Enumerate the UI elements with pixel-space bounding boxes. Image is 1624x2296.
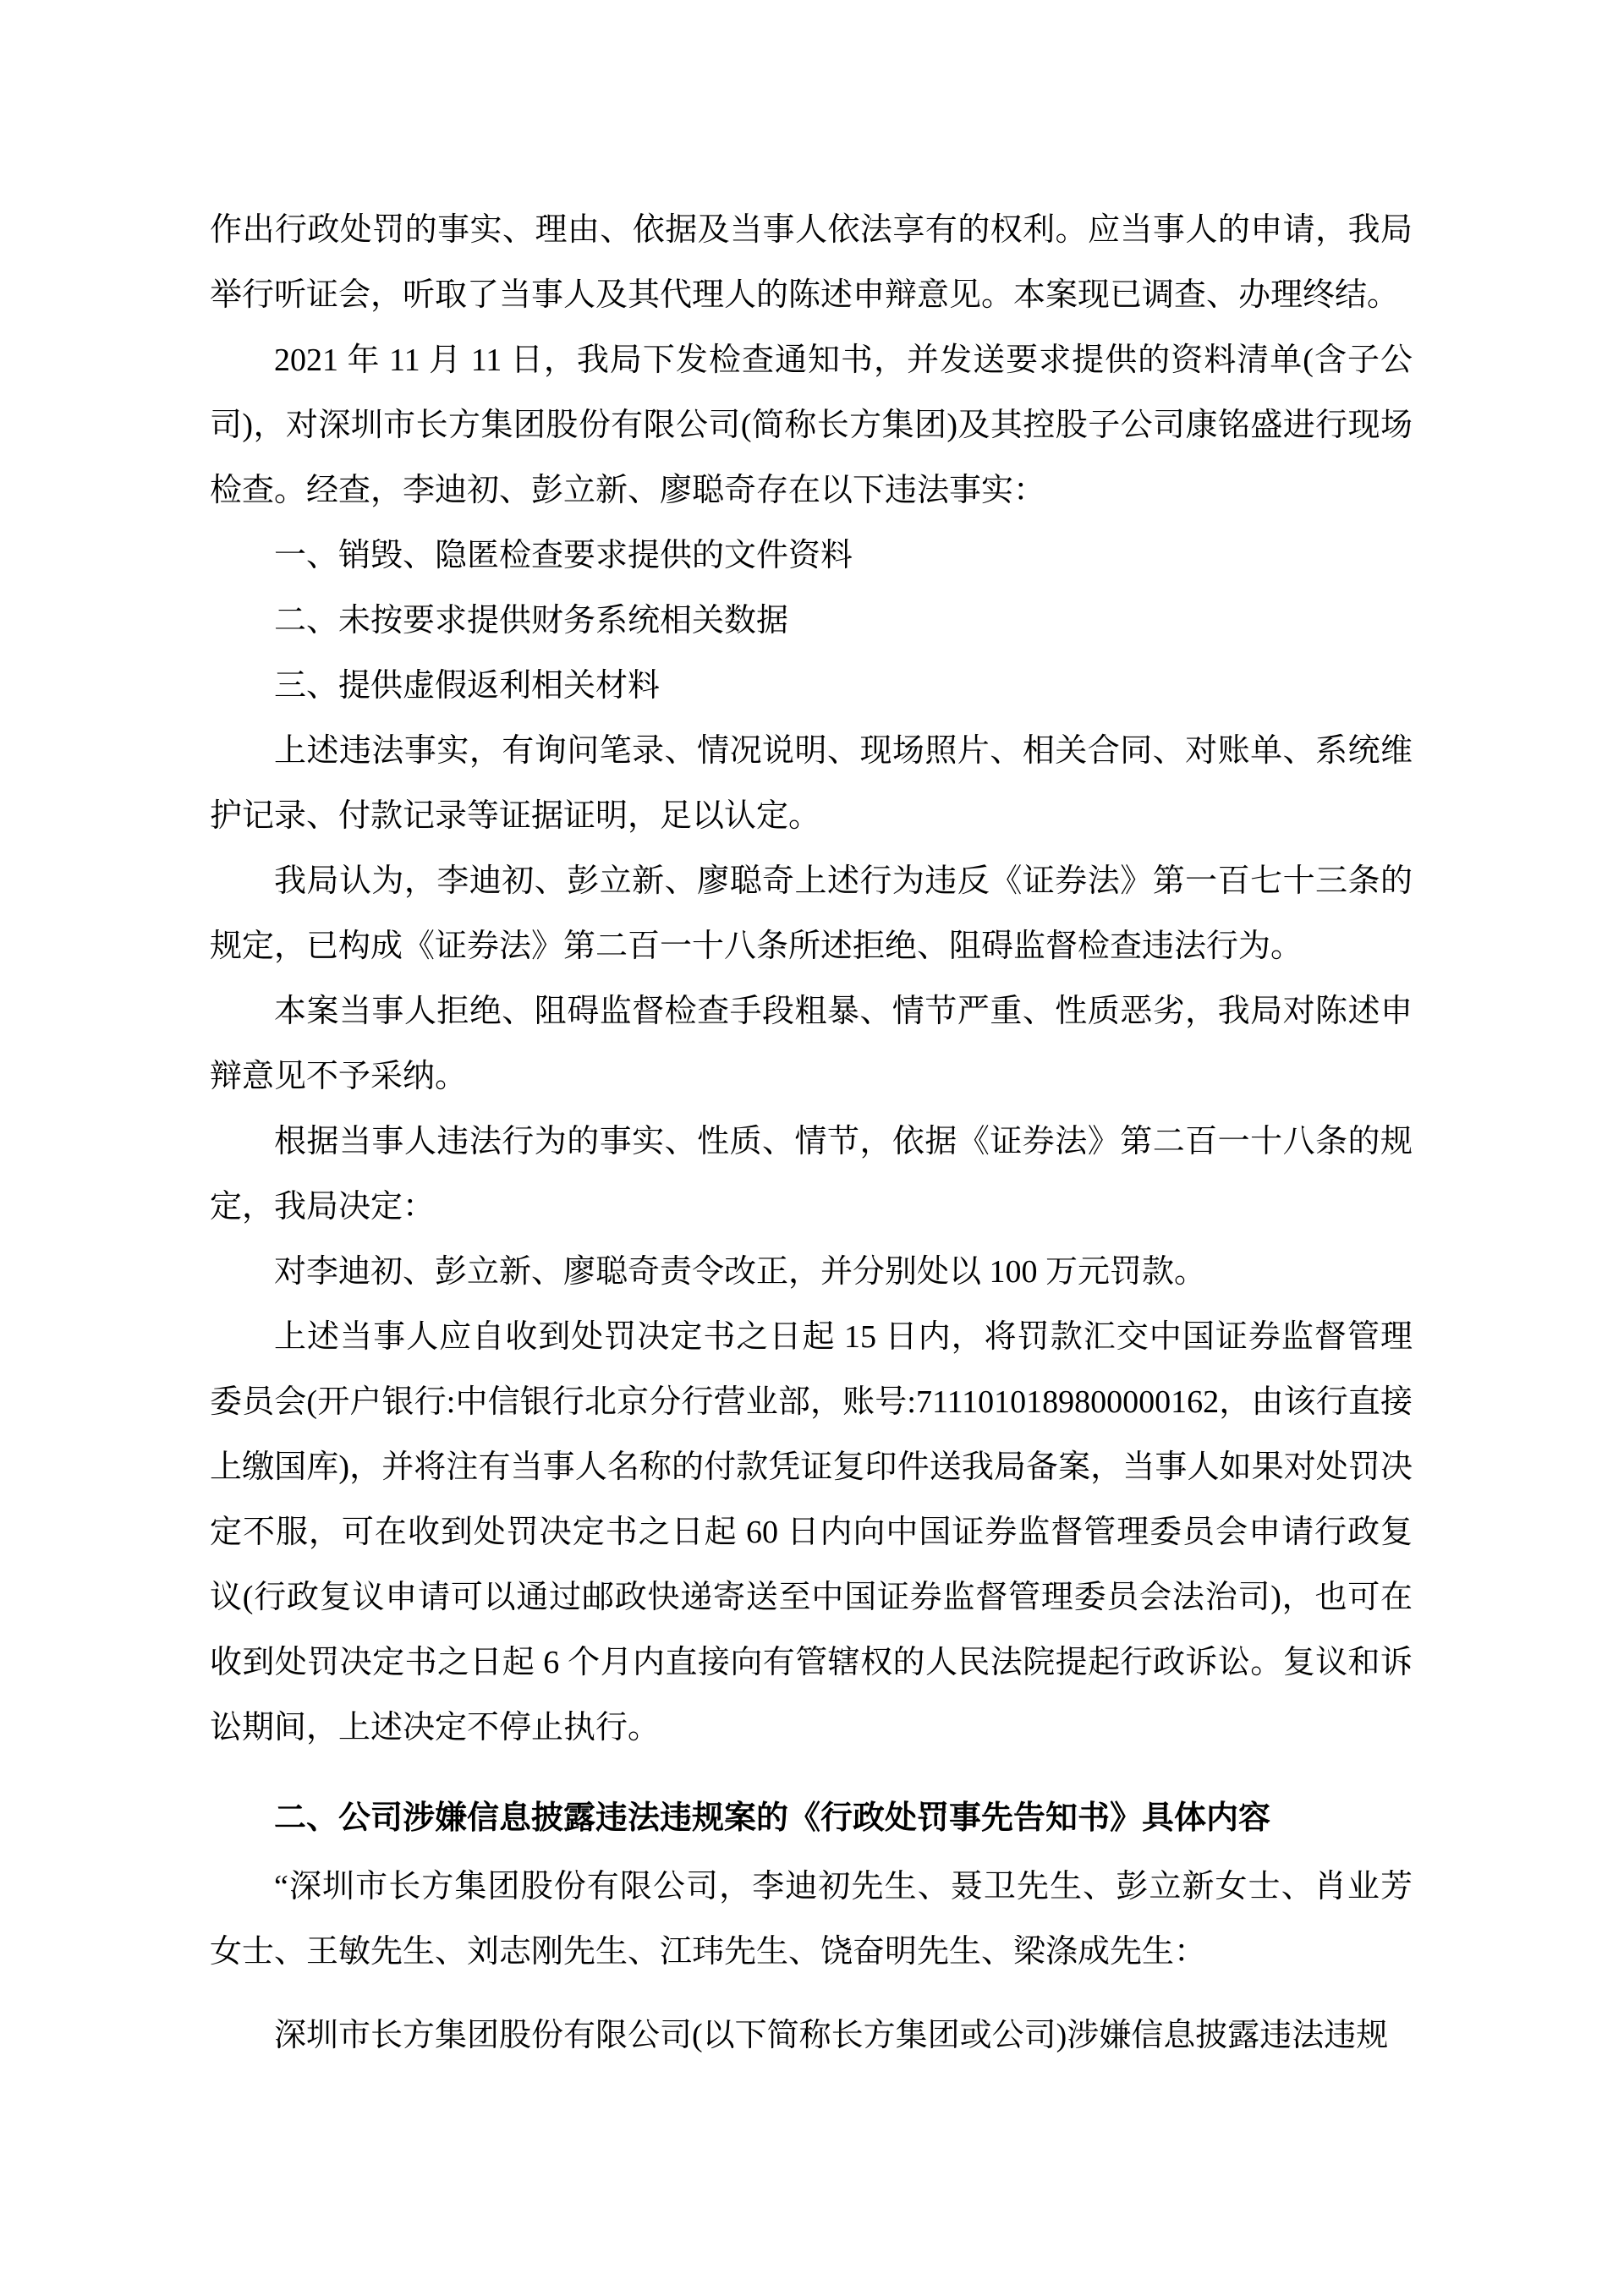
section-heading: 二、公司涉嫌信息披露违法违规案的《行政处罚事先告知书》具体内容 <box>210 1786 1413 1851</box>
paragraph: 我局认为，李迪初、彭立新、廖聪奇上述行为违反《证券法》第一百七十三条的规定，已构… <box>210 849 1413 979</box>
document-page: 作出行政处罚的事实、理由、依据及当事人依法享有的权利。应当事人的申请，我局举行听… <box>0 0 1624 2296</box>
paragraph: 对李迪初、彭立新、廖聪奇责令改正，并分别处以 100 万元罚款。 <box>210 1240 1413 1305</box>
paragraph: 二、未按要求提供财务系统相关数据 <box>210 589 1413 654</box>
document-body: 作出行政处罚的事实、理由、依据及当事人依法享有的权利。应当事人的申请，我局举行听… <box>210 198 1413 2069</box>
paragraph: 2021 年 11 月 11 日，我局下发检查通知书，并发送要求提供的资料清单(… <box>210 328 1413 523</box>
paragraph: 根据当事人违法行为的事实、性质、情节，依据《证券法》第二百一十八条的规定，我局决… <box>210 1110 1413 1240</box>
paragraph: 三、提供虚假返利相关材料 <box>210 654 1413 719</box>
paragraph: 一、销毁、隐匿检查要求提供的文件资料 <box>210 523 1413 589</box>
paragraph: 上述当事人应自收到处罚决定书之日起 15 日内，将罚款汇交中国证券监督管理委员会… <box>210 1305 1413 1761</box>
paragraph: 上述违法事实，有询问笔录、情况说明、现场照片、相关合同、对账单、系统维护记录、付… <box>210 719 1413 849</box>
paragraph: 本案当事人拒绝、阻碍监督检查手段粗暴、情节严重、性质恶劣，我局对陈述申辩意见不予… <box>210 979 1413 1110</box>
paragraph: “深圳市长方集团股份有限公司，李迪初先生、聂卫先生、彭立新女士、肖业芳女士、王敏… <box>210 1855 1413 1985</box>
paragraph: 作出行政处罚的事实、理由、依据及当事人依法享有的权利。应当事人的申请，我局举行听… <box>210 198 1413 328</box>
paragraph: 深圳市长方集团股份有限公司(以下简称长方集团或公司)涉嫌信息披露违法违规 <box>210 2003 1413 2069</box>
